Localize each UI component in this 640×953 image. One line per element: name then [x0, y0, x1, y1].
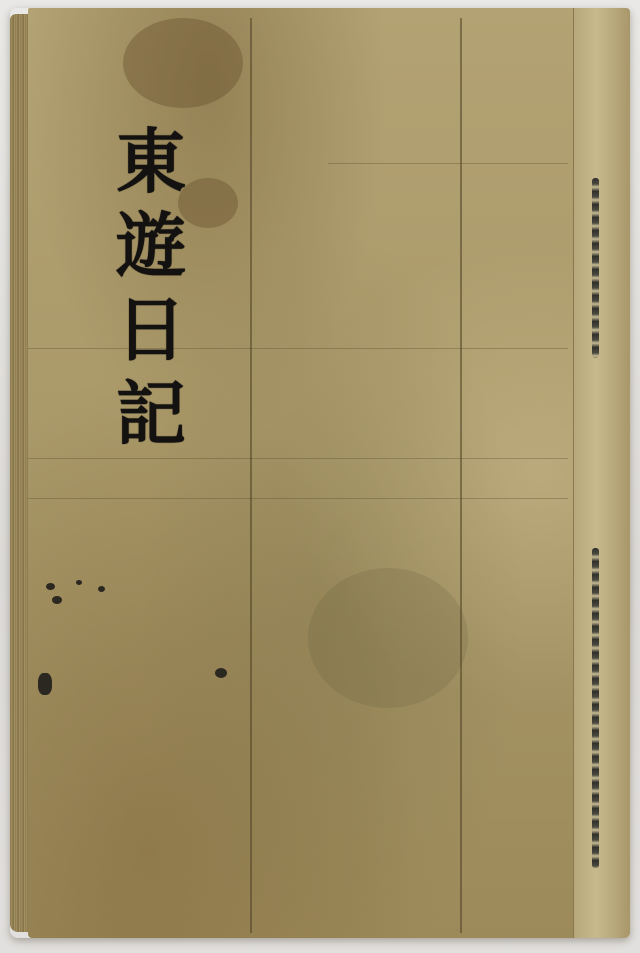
title-char-2: 遊 [116, 204, 186, 288]
ink-spot [215, 668, 227, 678]
binding-thread [592, 548, 599, 868]
crease [28, 458, 568, 459]
ink-spot [38, 673, 52, 695]
title-char-3: 日 [116, 288, 186, 372]
fold-line [460, 18, 462, 933]
ink-spot [76, 580, 82, 585]
crease [328, 163, 568, 164]
book-cover: 東 遊 日 記 [28, 8, 630, 938]
title-char-1: 東 [116, 120, 186, 204]
binding-spine [573, 8, 630, 938]
ink-spot [98, 586, 105, 592]
ink-spot [52, 596, 62, 604]
book: 東 遊 日 記 [10, 8, 630, 938]
ink-spot [46, 583, 55, 590]
title-char-4: 記 [116, 372, 186, 456]
water-stain [123, 18, 243, 108]
binding-thread [592, 178, 599, 358]
water-stain [308, 568, 468, 708]
fold-line [250, 18, 252, 933]
crease [28, 498, 568, 499]
book-title: 東 遊 日 記 [96, 120, 206, 456]
